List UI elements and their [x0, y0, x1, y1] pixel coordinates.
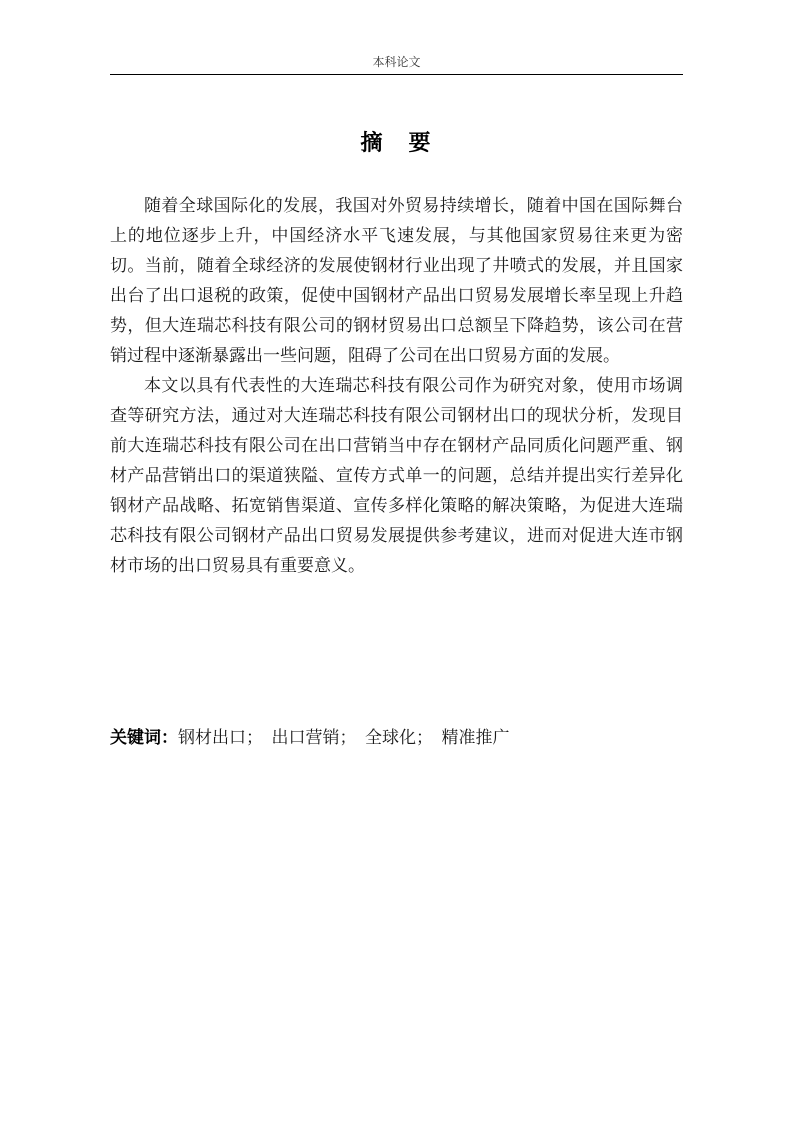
page-header: 本科论文	[110, 54, 683, 75]
thesis-abstract-page: 本科论文 摘 要 随着全球国际化的发展，我国对外贸易持续增长，随着中国在国际舞台…	[0, 0, 793, 1122]
keywords-line: 关键词：钢材出口； 出口营销； 全球化； 精准推广	[110, 723, 683, 753]
abstract-paragraph-2: 本文以具有代表性的大连瑞芯科技有限公司作为研究对象，使用市场调查等研究方法，通过…	[110, 371, 683, 581]
abstract-body: 随着全球国际化的发展，我国对外贸易持续增长，随着中国在国际舞台上的地位逐步上升，…	[110, 191, 683, 581]
abstract-title: 摘 要	[110, 127, 683, 159]
keywords-label: 关键词：	[110, 728, 178, 747]
abstract-paragraph-1: 随着全球国际化的发展，我国对外贸易持续增长，随着中国在国际舞台上的地位逐步上升，…	[110, 191, 683, 371]
page-header-text: 本科论文	[372, 55, 420, 69]
keywords-text: 钢材出口； 出口营销； 全球化； 精准推广	[178, 728, 510, 747]
